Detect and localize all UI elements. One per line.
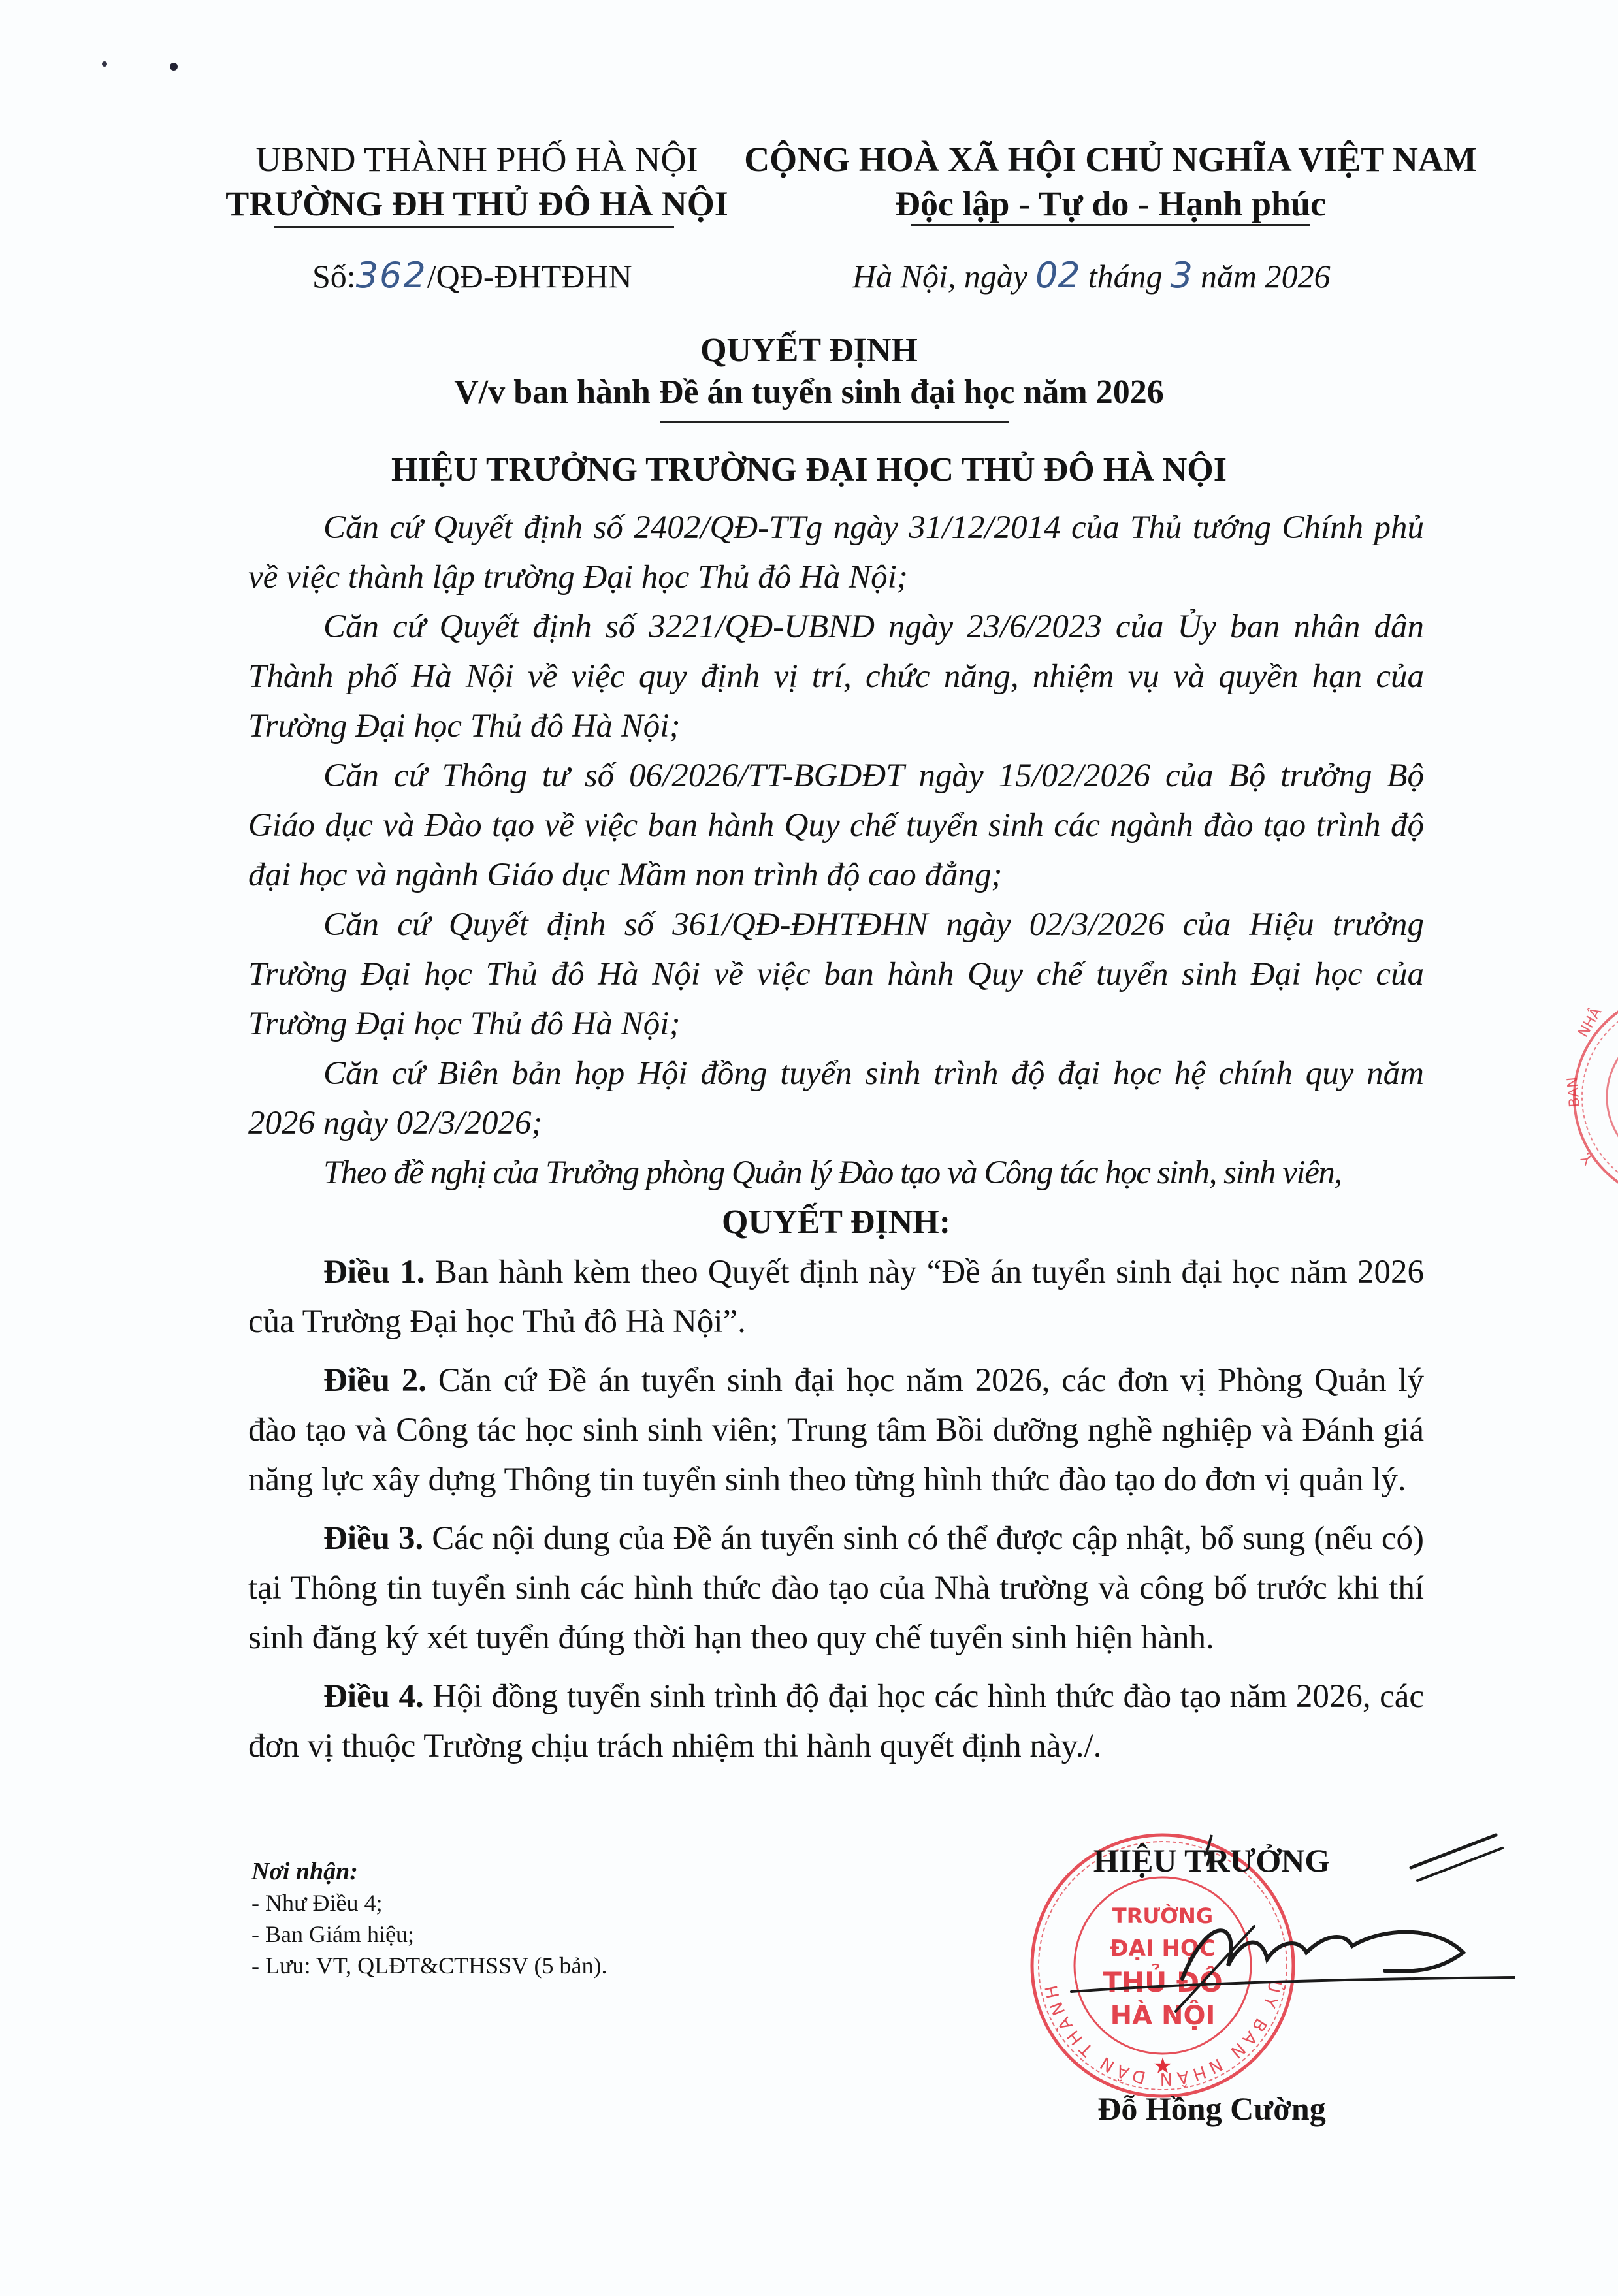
number-prefix: Số:	[312, 258, 356, 295]
article-4: Điều 4. Hội đồng tuyển sinh trình độ đại…	[248, 1672, 1424, 1771]
month-label: tháng	[1088, 258, 1163, 295]
nation-motto: Độc lập - Tự do - Hạnh phúc	[738, 182, 1483, 226]
title-type: QUYẾT ĐỊNH	[0, 330, 1618, 372]
article-3: Điều 3. Các nội dung của Đề án tuyển sin…	[248, 1514, 1424, 1663]
document-body: Căn cứ Quyết định số 2402/QĐ-TTg ngày 31…	[248, 503, 1424, 1771]
day-handwritten: 02	[1035, 255, 1080, 296]
number-suffix: /QĐ-ĐHTĐHN	[427, 258, 632, 295]
recipient-item: - Lưu: VT, QLĐT&CTHSSV (5 bản).	[251, 1950, 607, 1981]
article-label: Điều 2.	[323, 1362, 427, 1399]
agency-name: TRƯỜNG ĐH THỦ ĐÔ HÀ NỘI	[216, 182, 738, 226]
scan-specks	[0, 0, 327, 131]
national-motto: CỘNG HOÀ XÃ HỘI CHỦ NGHĨA VIỆT NAM Độc l…	[738, 137, 1483, 226]
title-underline	[660, 421, 1009, 423]
signer-name: Đỗ Hồng Cường	[1035, 2090, 1388, 2128]
number-handwritten: 362	[356, 255, 427, 296]
recipient-item: - Ban Giám hiệu;	[251, 1919, 607, 1950]
article-text: Hội đồng tuyển sinh trình độ đại học các…	[248, 1678, 1424, 1764]
document-number: Số:362/QĐ-ĐHTĐHN	[312, 255, 632, 296]
article-2: Điều 2. Căn cứ Đề án tuyển sinh đại học …	[248, 1356, 1424, 1505]
legal-basis: Căn cứ Quyết định số 2402/QĐ-TTg ngày 31…	[248, 503, 1424, 602]
issuing-authority: HIỆU TRƯỞNG TRƯỜNG ĐẠI HỌC THỦ ĐÔ HÀ NỘI	[0, 451, 1618, 489]
legal-basis: Căn cứ Quyết định số 3221/QĐ-UBND ngày 2…	[248, 602, 1424, 751]
article-label: Điều 3.	[323, 1520, 423, 1557]
recipient-item: - Như Điều 4;	[251, 1887, 607, 1919]
article-label: Điều 4.	[323, 1678, 424, 1715]
edge-seal-fragment-icon: NHÂ BAN Y.	[1555, 986, 1618, 1208]
article-1: Điều 1. Ban hành kèm theo Quyết định này…	[248, 1247, 1424, 1347]
year-text: năm 2026	[1201, 258, 1331, 295]
svg-text:Y.: Y.	[1578, 1149, 1597, 1168]
legal-basis: Căn cứ Quyết định số 361/QĐ-ĐHTĐHN ngày …	[248, 900, 1424, 1049]
recipients-block: Nơi nhận: - Như Điều 4; - Ban Giám hiệu;…	[251, 1856, 607, 1981]
agency-underline	[274, 226, 674, 228]
motto-underline	[911, 224, 1310, 226]
article-text: Các nội dung của Đề án tuyển sinh có thể…	[248, 1520, 1424, 1656]
legal-basis: Căn cứ Thông tư số 06/2026/TT-BGDĐT ngày…	[248, 751, 1424, 900]
issuing-agency: UBND THÀNH PHỐ HÀ NỘI TRƯỜNG ĐH THỦ ĐÔ H…	[216, 137, 738, 226]
date-prefix: Hà Nội, ngày	[852, 258, 1027, 295]
svg-text:BAN: BAN	[1564, 1076, 1583, 1108]
issue-date: Hà Nội, ngày02tháng3năm 2026	[852, 255, 1331, 296]
svg-text:★: ★	[1153, 2054, 1173, 2079]
agency-parent: UBND THÀNH PHỐ HÀ NỘI	[216, 137, 738, 182]
nation-name: CỘNG HOÀ XÃ HỘI CHỦ NGHĨA VIỆT NAM	[738, 137, 1483, 182]
title-subject: V/v ban hành Đề án tuyển sinh đại học nă…	[0, 372, 1618, 413]
svg-text:NHÂ: NHÂ	[1575, 1004, 1606, 1040]
handwritten-signature-icon	[1045, 1815, 1515, 2024]
proposal-basis: Theo đề nghị của Trưởng phòng Quản lý Đà…	[248, 1148, 1424, 1198]
legal-basis: Căn cứ Biên bản họp Hội đồng tuyển sinh …	[248, 1049, 1424, 1148]
article-label: Điều 1.	[323, 1254, 425, 1290]
decision-heading: QUYẾT ĐỊNH:	[248, 1198, 1424, 1247]
month-handwritten: 3	[1171, 255, 1193, 296]
document-title: QUYẾT ĐỊNH V/v ban hành Đề án tuyển sinh…	[0, 330, 1618, 413]
recipients-heading: Nơi nhận:	[251, 1856, 607, 1887]
